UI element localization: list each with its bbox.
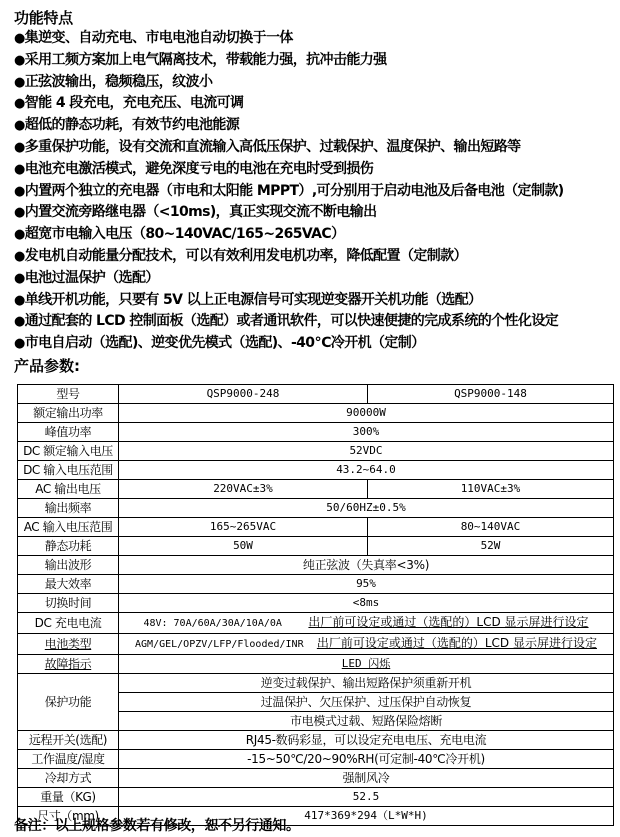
row-label: 输出波形 <box>18 556 119 575</box>
table-row: 电池类型 AGM/GEL/OPZV/LFP/Flooded/INR 出厂前可设定… <box>18 634 614 655</box>
row-value: 纯正弦波（失真率<3%) <box>119 556 614 575</box>
row-label: 输出频率 <box>18 499 119 518</box>
bullet-icon: ● <box>14 140 25 155</box>
table-row: 保护功能 逆变过载保护、输出短路保护须重新开机 <box>18 674 614 693</box>
row-value: AGM/GEL/OPZV/LFP/Flooded/INR 出厂前可设定或通过（选… <box>119 634 614 655</box>
feature-item: ●超低的静态功耗，有效节约电池能源 <box>14 115 614 137</box>
row-label: 工作温度/湿度 <box>18 750 119 769</box>
feature-item: ●电池充电激活模式，避免深度亏电的电池在充电时受到损伤 <box>14 159 614 181</box>
bullet-icon: ● <box>14 75 25 90</box>
bullet-icon: ● <box>14 205 25 220</box>
row-label: AC 输入电压范围 <box>18 518 119 537</box>
feature-item: ●正弦波输出，稳频稳压，纹波小 <box>14 72 614 94</box>
feature-item: ●采用工频方案加上电气隔离技术，带载能力强，抗冲击能力强 <box>14 50 614 72</box>
spec-table: 型号 QSP9000-248 QSP9000-148 额定输出功率 90000W… <box>17 384 614 826</box>
row-value: 逆变过载保护、输出短路保护须重新开机 <box>119 674 614 693</box>
row-label: 保护功能 <box>18 674 119 731</box>
row-value: 52.5 <box>119 788 614 807</box>
row-label: DC 充电电流 <box>18 613 119 634</box>
table-row: AC 输入电压范围 165~265VAC 80~140VAC <box>18 518 614 537</box>
setting-note: 出厂前可设定或通过（选配的）LCD 显示屏进行设定 <box>317 636 597 650</box>
feature-item: ●发电机自动能量分配技术，可以有效利用发电机功率，降低配置（定制款） <box>14 246 614 268</box>
feature-item: ●内置交流旁路继电器（<10ms)，真正实现交流不断电输出 <box>14 202 614 224</box>
table-row: 额定输出功率 90000W <box>18 404 614 423</box>
row-label: 电池类型 <box>18 634 119 655</box>
features-title: 功能特点 <box>14 8 614 28</box>
row-value: RJ45-数码彩显，可以设定充电电压、充电电流 <box>119 731 614 750</box>
feature-item: ●市电自启动（选配)、逆变优先模式（选配)、-40℃冷开机（定制） <box>14 333 614 355</box>
bullet-icon: ● <box>14 314 25 329</box>
row-value: -15~50℃/20~90%RH(可定制-40℃冷开机) <box>119 750 614 769</box>
features-section: 功能特点 ●集逆变、自动充电、市电电池自动切换于一体 ●采用工频方案加上电气隔离… <box>14 8 614 376</box>
footnote: 备注：以上规格参数若有修改，恕不另行通知。 <box>14 817 300 835</box>
row-label: 型号 <box>18 385 119 404</box>
row-value: 52VDC <box>119 442 614 461</box>
feature-item: ●单线开机功能，只要有 5V 以上正电源信号可实现逆变器开关机功能（选配） <box>14 290 614 312</box>
row-label: 重量（KG) <box>18 788 119 807</box>
table-row: 最大效率 95% <box>18 575 614 594</box>
table-row: DC 额定输入电压 52VDC <box>18 442 614 461</box>
table-row: 峰值功率 300% <box>18 423 614 442</box>
feature-item: ●电池过温保护（选配） <box>14 268 614 290</box>
row-value: 95% <box>119 575 614 594</box>
table-row: 切换时间 <8ms <box>18 594 614 613</box>
charge-current-values: 48V: 70A/60A/30A/10A/0A <box>143 618 281 629</box>
row-value: 80~140VAC <box>368 518 614 537</box>
row-value: 48V: 70A/60A/30A/10A/0A 出厂前可设定或通过（选配的）LC… <box>119 613 614 634</box>
table-row: 型号 QSP9000-248 QSP9000-148 <box>18 385 614 404</box>
row-value: 50W <box>119 537 368 556</box>
row-label: DC 额定输入电压 <box>18 442 119 461</box>
table-row: 工作温度/湿度 -15~50℃/20~90%RH(可定制-40℃冷开机) <box>18 750 614 769</box>
table-row: AC 输出电压 220VAC±3% 110VAC±3% <box>18 480 614 499</box>
bullet-icon: ● <box>14 31 25 46</box>
row-label: 额定输出功率 <box>18 404 119 423</box>
row-value: 165~265VAC <box>119 518 368 537</box>
bullet-icon: ● <box>14 249 25 264</box>
row-label: 最大效率 <box>18 575 119 594</box>
row-value: 43.2~64.0 <box>119 461 614 480</box>
table-row: DC 输入电压范围 43.2~64.0 <box>18 461 614 480</box>
feature-item: ●超宽市电输入电压（80~140VAC/165~265VAC） <box>14 224 614 246</box>
bullet-icon: ● <box>14 53 25 68</box>
battery-types: AGM/GEL/OPZV/LFP/Flooded/INR <box>135 639 304 650</box>
table-row: 输出波形 纯正弦波（失真率<3%) <box>18 556 614 575</box>
model-cell: QSP9000-248 <box>119 385 368 404</box>
row-value: 110VAC±3% <box>368 480 614 499</box>
row-value: 强制风冷 <box>119 769 614 788</box>
row-value: 过温保护、欠压保护、过压保护自动恢复 <box>119 693 614 712</box>
row-label: 故障指示 <box>18 655 119 674</box>
bullet-icon: ● <box>14 227 25 242</box>
feature-item: ●通过配套的 LCD 控制面板（选配）或者通讯软件，可以快速便捷的完成系统的个性… <box>14 311 614 333</box>
row-label: AC 输出电压 <box>18 480 119 499</box>
table-row: 重量（KG) 52.5 <box>18 788 614 807</box>
bullet-icon: ● <box>14 118 25 133</box>
params-title: 产品参数: <box>14 356 614 376</box>
bullet-icon: ● <box>14 293 25 308</box>
row-value: LED 闪烁 <box>119 655 614 674</box>
table-row: 静态功耗 50W 52W <box>18 537 614 556</box>
row-label: 峰值功率 <box>18 423 119 442</box>
bullet-icon: ● <box>14 184 25 199</box>
table-row: DC 充电电流 48V: 70A/60A/30A/10A/0A 出厂前可设定或通… <box>18 613 614 634</box>
row-value: <8ms <box>119 594 614 613</box>
row-label: 冷却方式 <box>18 769 119 788</box>
row-value: 52W <box>368 537 614 556</box>
bullet-icon: ● <box>14 96 25 111</box>
row-label: 远程开关(选配) <box>18 731 119 750</box>
setting-note: 出厂前可设定或通过（选配的）LCD 显示屏进行设定 <box>308 615 588 629</box>
bullet-icon: ● <box>14 336 25 351</box>
table-row: 远程开关(选配) RJ45-数码彩显，可以设定充电电压、充电电流 <box>18 731 614 750</box>
row-label: 静态功耗 <box>18 537 119 556</box>
row-value: 50/60HZ±0.5% <box>119 499 614 518</box>
row-label: DC 输入电压范围 <box>18 461 119 480</box>
row-label: 切换时间 <box>18 594 119 613</box>
model-cell: QSP9000-148 <box>368 385 614 404</box>
feature-item: ●内置两个独立的充电器（市电和太阳能 MPPT）,可分别用于启动电池及后备电池（… <box>14 181 614 203</box>
feature-item: ●多重保护功能，设有交流和直流输入高低压保护、过载保护、温度保护、输出短路等 <box>14 137 614 159</box>
row-value: 市电模式过载、短路保险熔断 <box>119 712 614 731</box>
row-value: 300% <box>119 423 614 442</box>
bullet-icon: ● <box>14 162 25 177</box>
table-row: 故障指示 LED 闪烁 <box>18 655 614 674</box>
feature-item: ●智能 4 段充电，充电充压、电流可调 <box>14 93 614 115</box>
table-row: 输出频率 50/60HZ±0.5% <box>18 499 614 518</box>
bullet-icon: ● <box>14 271 25 286</box>
row-value: 220VAC±3% <box>119 480 368 499</box>
feature-item: ●集逆变、自动充电、市电电池自动切换于一体 <box>14 28 614 50</box>
table-row: 冷却方式 强制风冷 <box>18 769 614 788</box>
row-value: 90000W <box>119 404 614 423</box>
